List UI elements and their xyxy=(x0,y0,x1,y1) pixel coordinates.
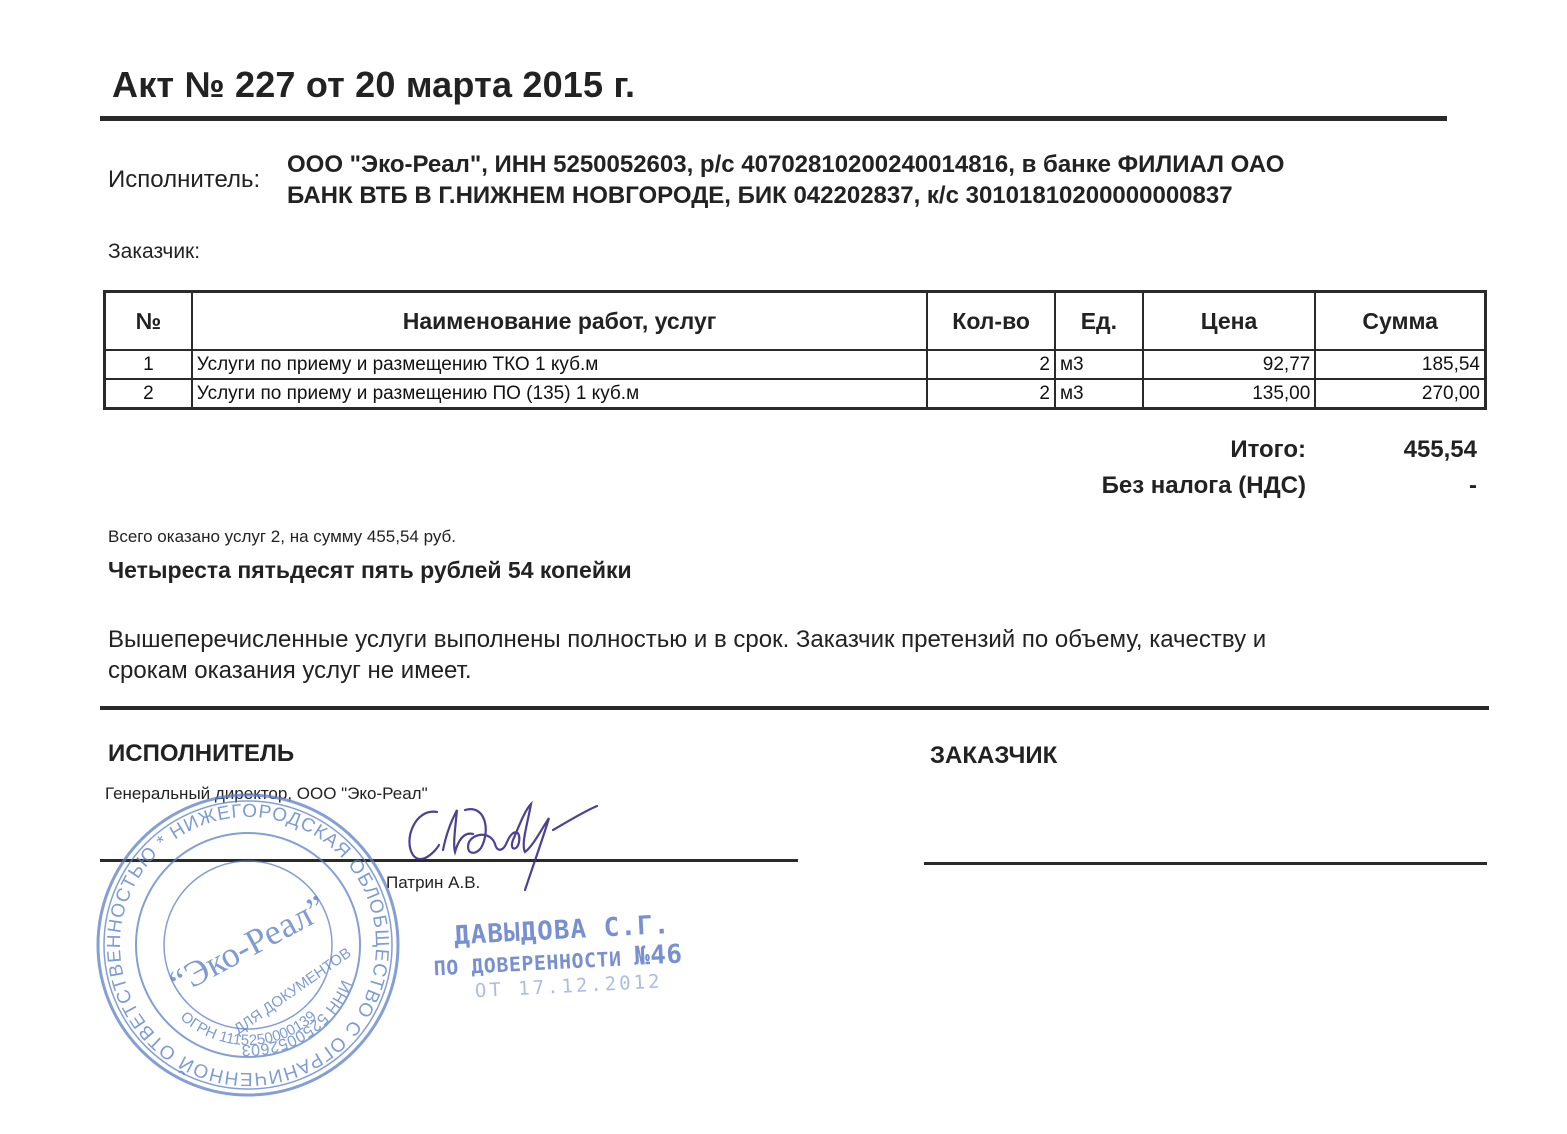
executor-details-line2: БАНК ВТБ В Г.НИЖНЕМ НОВГОРОДЕ, БИК 04220… xyxy=(287,180,1284,211)
proxy-stamp-number: №46 xyxy=(633,939,683,971)
executor-details-line1: ООО "Эко-Реал", ИНН 5250052603, р/с 4070… xyxy=(287,149,1284,180)
table-header-row: № Наименование работ, услуг Кол-во Ед. Ц… xyxy=(105,292,1486,351)
company-seal-icon: ОБЩЕСТВО С ОГРАНИЧЕННОЙ ОТВЕТСТВЕННОСТЬЮ… xyxy=(88,785,408,1105)
total-value: 455,54 xyxy=(1327,436,1477,464)
title-divider xyxy=(100,116,1447,121)
executor-label: Исполнитель: xyxy=(108,166,260,194)
row-number: 1 xyxy=(105,350,192,379)
signatures-divider xyxy=(100,706,1489,710)
row-unit: м3 xyxy=(1055,379,1143,409)
row-name: Услуги по приему и размещению ПО (135) 1… xyxy=(192,379,928,409)
executor-details: ООО "Эко-Реал", ИНН 5250052603, р/с 4070… xyxy=(287,149,1284,211)
header-number: № xyxy=(105,292,192,351)
completion-statement: Вышеперечисленные услуги выполнены полно… xyxy=(108,624,1468,686)
vat-value: - xyxy=(1327,472,1477,500)
header-name: Наименование работ, услуг xyxy=(192,292,928,351)
row-sum: 185,54 xyxy=(1315,350,1485,379)
header-sum: Сумма xyxy=(1315,292,1485,351)
services-table: № Наименование работ, услуг Кол-во Ед. Ц… xyxy=(103,290,1487,410)
vat-label: Без налога (НДС) xyxy=(1006,472,1306,500)
statement-line2: срокам оказания услуг не имеет. xyxy=(108,655,1468,686)
services-count-summary: Всего оказано услуг 2, на сумму 455,54 р… xyxy=(108,527,456,547)
amount-in-words: Четыреста пятьдесят пять рублей 54 копей… xyxy=(108,557,632,584)
row-price: 92,77 xyxy=(1143,350,1316,379)
header-price: Цена xyxy=(1143,292,1316,351)
total-label: Итого: xyxy=(1006,436,1306,464)
signature-icon xyxy=(395,790,610,900)
table-row: 1 Услуги по приему и размещению ТКО 1 ку… xyxy=(105,350,1486,379)
row-unit: м3 xyxy=(1055,350,1143,379)
statement-line1: Вышеперечисленные услуги выполнены полно… xyxy=(108,624,1468,655)
row-quantity: 2 xyxy=(927,350,1055,379)
header-quantity: Кол-во xyxy=(927,292,1055,351)
row-sum: 270,00 xyxy=(1315,379,1485,409)
proxy-stamp: ДАВЫДОВА С.Г. ПО ДОВЕРЕННОСТИ №46 ОТ 17.… xyxy=(427,907,722,1032)
customer-heading: ЗАКАЗЧИК xyxy=(930,742,1057,770)
customer-label: Заказчик: xyxy=(108,240,200,264)
executor-heading: ИСПОЛНИТЕЛЬ xyxy=(108,740,294,768)
row-name: Услуги по приему и размещению ТКО 1 куб.… xyxy=(192,350,928,379)
row-price: 135,00 xyxy=(1143,379,1316,409)
row-number: 2 xyxy=(105,379,192,409)
customer-signature-line xyxy=(924,862,1487,865)
table-row: 2 Услуги по приему и размещению ПО (135)… xyxy=(105,379,1486,409)
header-unit: Ед. xyxy=(1055,292,1143,351)
row-quantity: 2 xyxy=(927,379,1055,409)
document-title: Акт № 227 от 20 марта 2015 г. xyxy=(112,64,635,106)
